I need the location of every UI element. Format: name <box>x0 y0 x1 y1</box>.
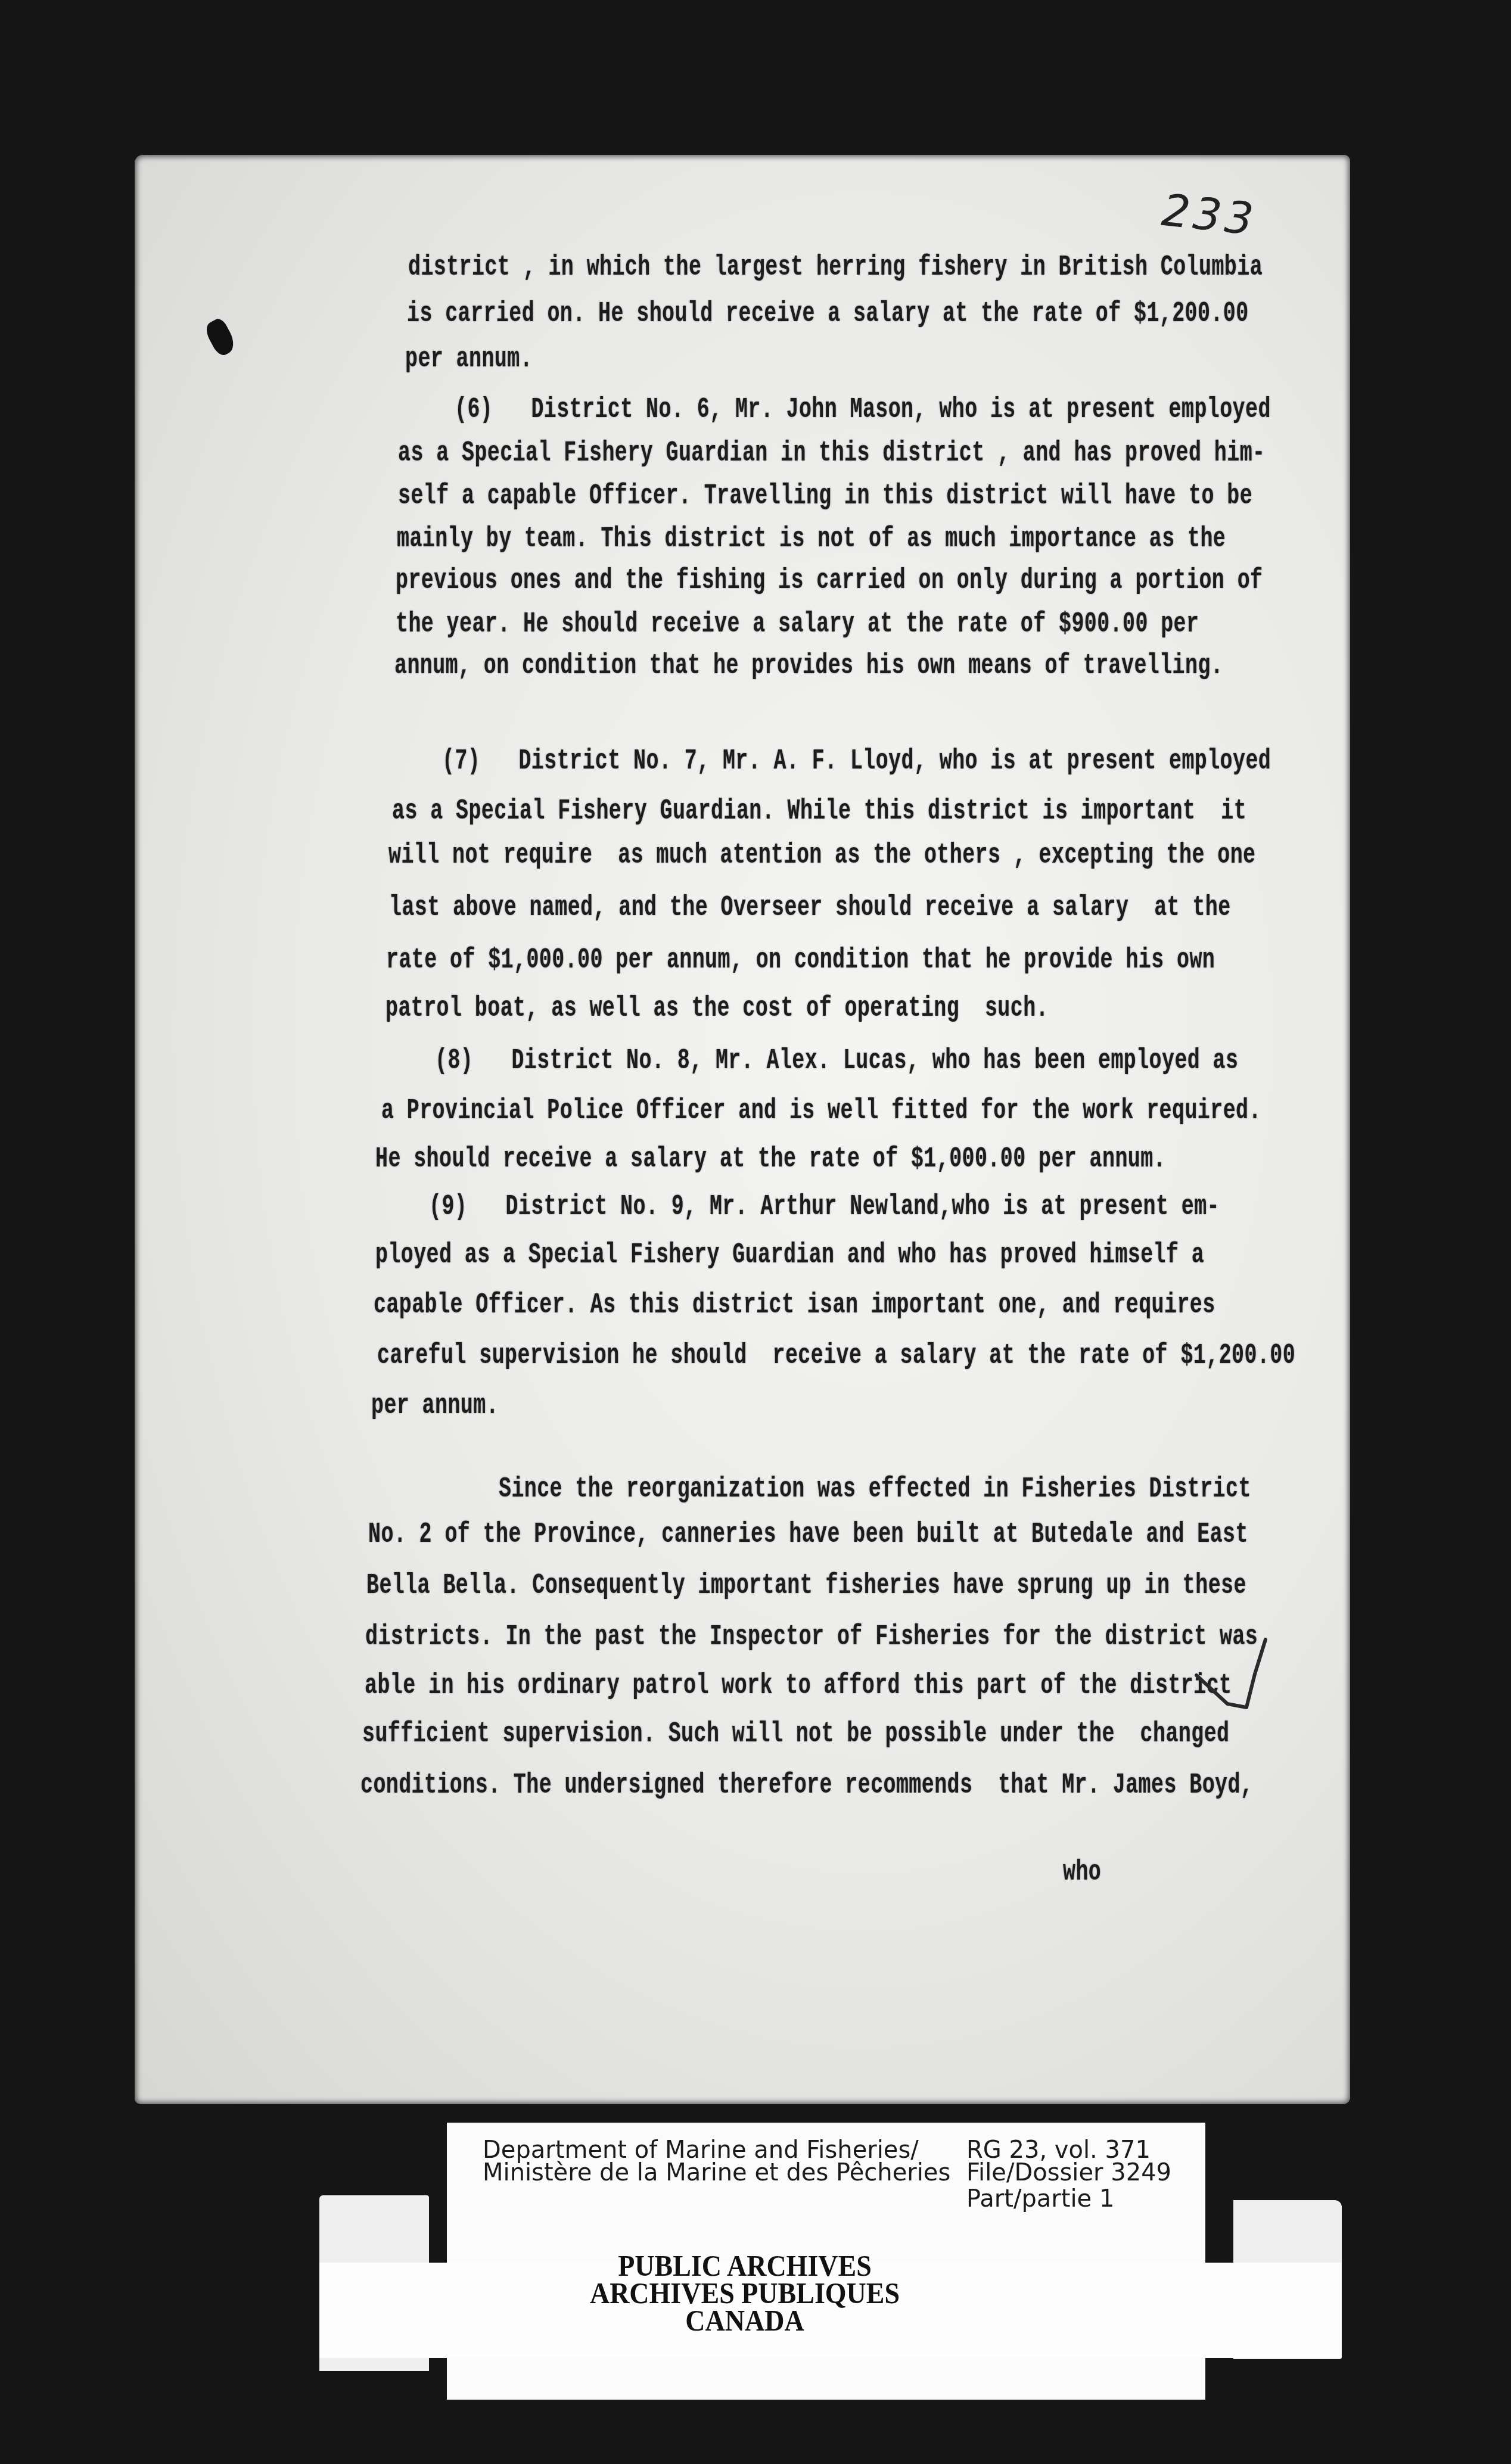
text-line: as a Special Fishery Guardian in this di… <box>398 437 1265 469</box>
text-line: (6) District No. 6, Mr. John Mason, who … <box>455 394 1271 426</box>
text-line: annum, on condition that he provides his… <box>394 650 1223 682</box>
stamp-line-2: ARCHIVES PUBLIQUES <box>443 2279 1046 2307</box>
text-line: Bella Bella. Consequently important fish… <box>366 1570 1246 1602</box>
text-line: patrol boat, as well as the cost of oper… <box>385 993 1049 1025</box>
text-line: last above named, and the Overseer shoul… <box>389 892 1231 924</box>
department-english: Department of Marine and Fisheries/ <box>483 2139 950 2161</box>
text-line: the year. He should receive a salary at … <box>396 608 1199 640</box>
archive-reference: RG 23, vol. 371 File/Dossier 3249 Part/p… <box>966 2139 1171 2210</box>
file-number: File/Dossier 3249 <box>966 2161 1171 2184</box>
department-name: Department of Marine and Fisheries/ Mini… <box>483 2139 950 2184</box>
text-line: previous ones and the fishing is carried… <box>396 565 1263 597</box>
text-line: Since the reorganization was effected in… <box>499 1473 1251 1505</box>
text-line: self a capable Officer. Travelling in th… <box>398 480 1252 512</box>
text-line: is carried on. He should receive a salar… <box>407 298 1249 330</box>
text-line: as a Special Fishery Guardian. While thi… <box>392 795 1246 827</box>
text-line: mainly by team. This district is not of … <box>397 523 1226 555</box>
text-line: (8) District No. 8, Mr. Alex. Lucas, who… <box>435 1045 1238 1077</box>
text-line: (9) District No. 9, Mr. Arthur Newland,w… <box>429 1191 1220 1223</box>
stamp-line-1: PUBLIC ARCHIVES <box>443 2252 1046 2279</box>
text-line: rate of $1,000.00 per annum, on conditio… <box>386 944 1215 976</box>
part-number: Part/partie 1 <box>966 2188 1171 2210</box>
text-line: per annum. <box>405 343 533 375</box>
text-line: ployed as a Special Fishery Guardian and… <box>375 1239 1204 1271</box>
text-line: per annum. <box>371 1390 499 1422</box>
text-line: He should receive a salary at the rate o… <box>375 1143 1166 1175</box>
text-line: careful supervision he should receive a … <box>377 1340 1295 1372</box>
text-line: sufficient supervision. Such will not be… <box>362 1718 1229 1750</box>
text-line: who <box>1063 1856 1101 1889</box>
public-archives-stamp: PUBLIC ARCHIVES ARCHIVES PUBLIQUES CANAD… <box>443 2252 1046 2334</box>
text-line: district , in which the largest herring … <box>408 251 1263 284</box>
text-line: capable Officer. As this district isan i… <box>374 1289 1215 1321</box>
text-line: a Provincial Police Officer and is well … <box>381 1095 1261 1127</box>
record-group: RG 23, vol. 371 <box>966 2139 1171 2161</box>
text-line: No. 2 of the Province, canneries have be… <box>368 1519 1248 1551</box>
folio-number: 233 <box>1159 185 1259 245</box>
text-line: (7) District No. 7, Mr. A. F. Lloyd, who… <box>442 745 1271 777</box>
text-line: able in his ordinary patrol work to affo… <box>365 1670 1232 1702</box>
text-line: conditions. The undersigned therefore re… <box>360 1769 1253 1802</box>
department-french: Ministère de la Marine et des Pêcheries <box>483 2161 950 2184</box>
stamp-line-3: CANADA <box>443 2307 1046 2334</box>
text-line: will not require as much atention as the… <box>388 839 1255 872</box>
text-line: districts. In the past the Inspector of … <box>365 1621 1258 1653</box>
